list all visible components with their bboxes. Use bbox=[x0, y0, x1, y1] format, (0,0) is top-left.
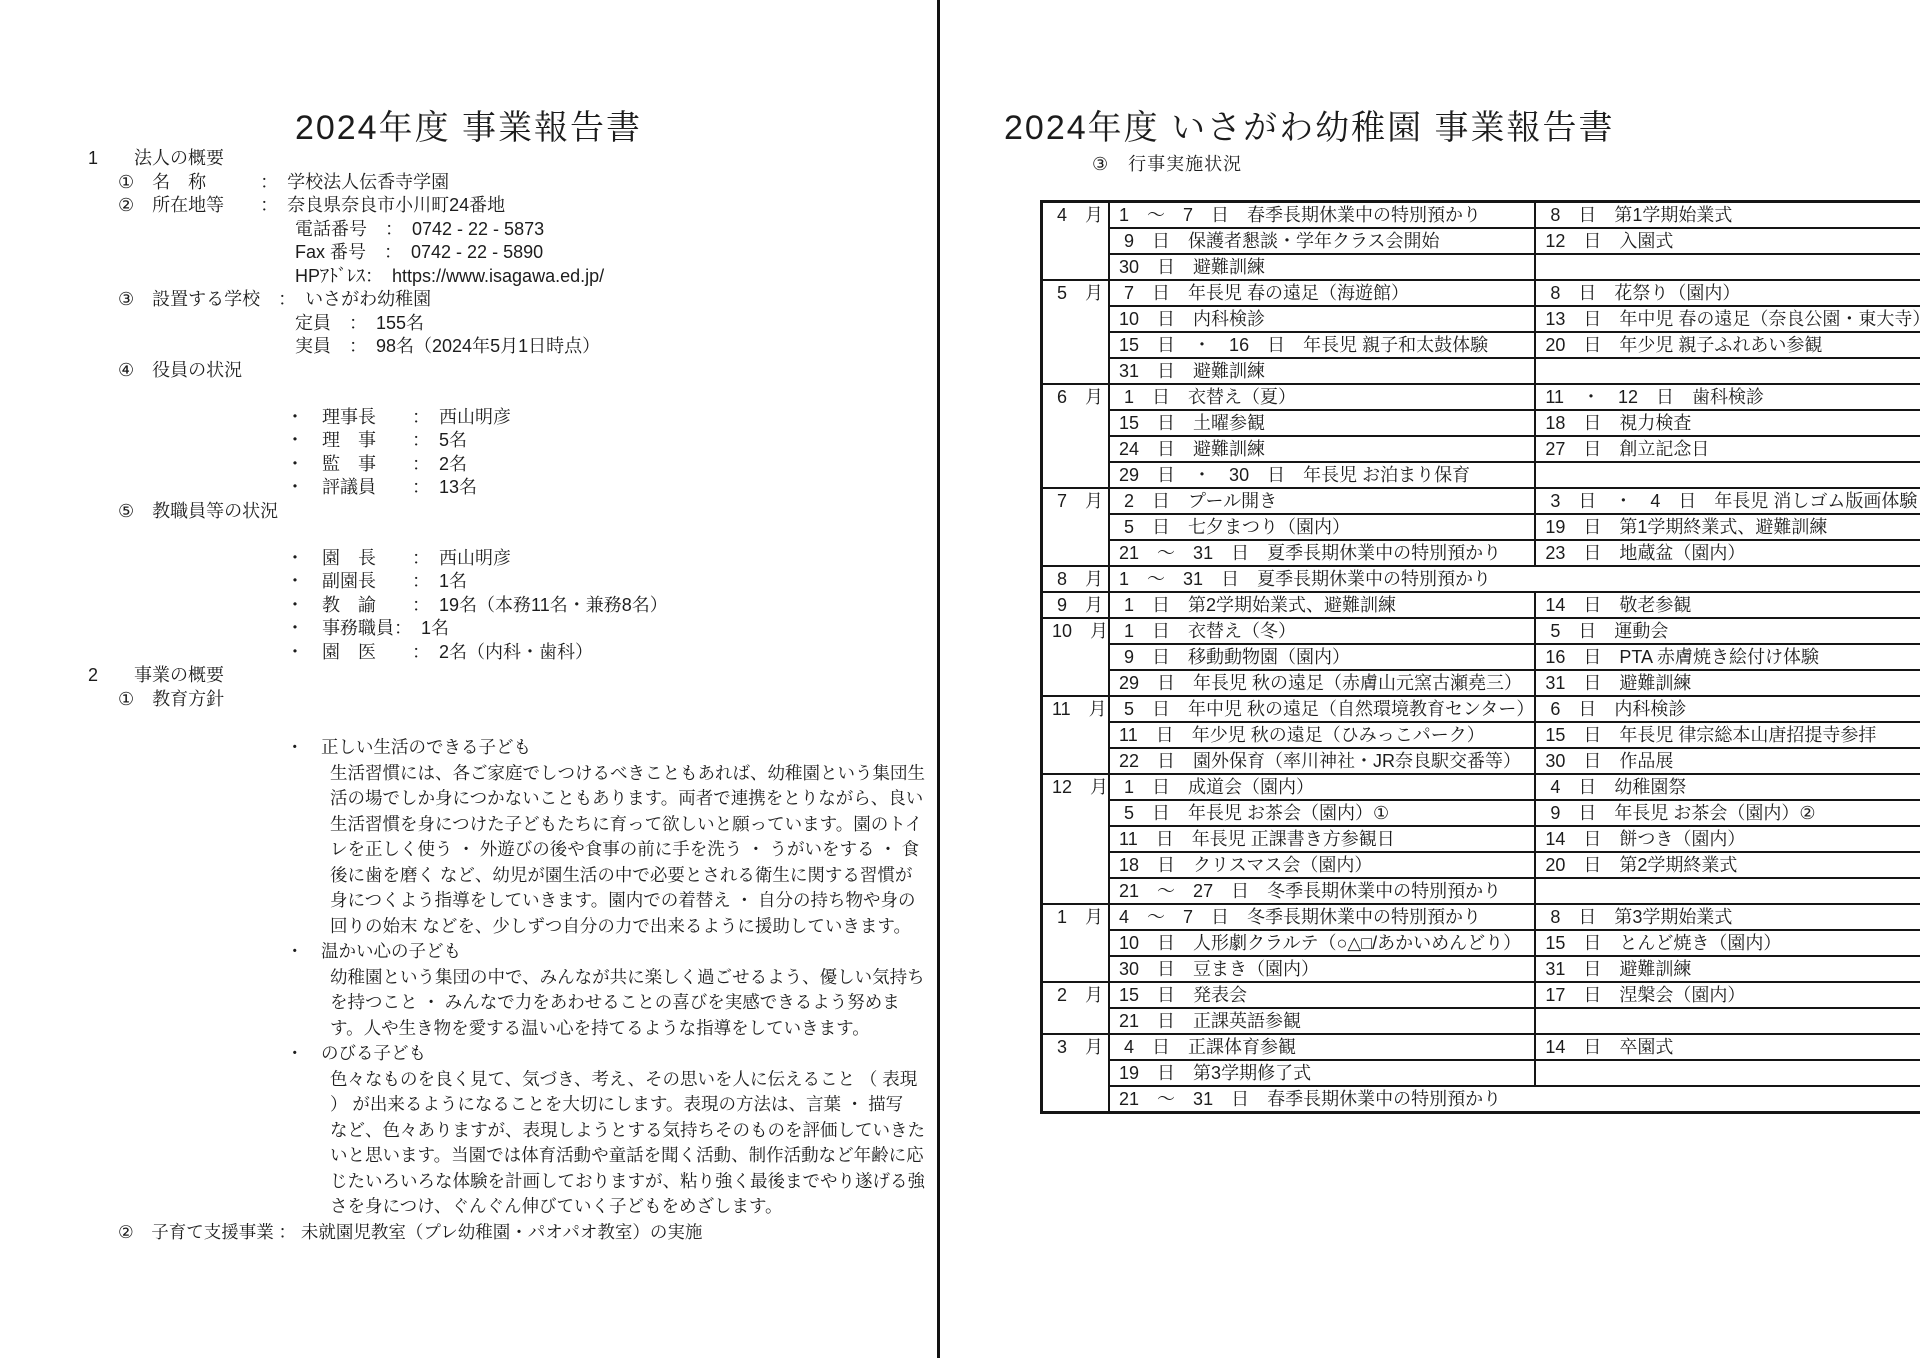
schedule-row: 19 日 第3学期修了式 bbox=[1042, 1060, 1920, 1086]
schedule-row: 5 日 年長児 お茶会（園内）① 9 日 年長児 お茶会（園内）② bbox=[1042, 800, 1920, 826]
text-line: ⑤ 教職員等の状況 bbox=[0, 500, 935, 524]
schedule-month-cell: 12 月 bbox=[1042, 774, 1110, 904]
schedule-row: 11 日 年少児 秋の遠足（ひみっこパーク）15 日 年長児 律宗総本山唐招提寺… bbox=[1042, 722, 1920, 748]
schedule-row: 18 日 クリスマス会（園内）20 日 第2学期終業式 bbox=[1042, 852, 1920, 878]
schedule-cell-right: 20 日 年少児 親子ふれあい参観 bbox=[1535, 332, 1920, 358]
schedule-cell-right: 8 日 第3学期始業式 bbox=[1535, 904, 1920, 930]
schedule-cell-right: 16 日 PTA 赤膚焼き絵付け体験 bbox=[1535, 644, 1920, 670]
schedule-cell-left: 15 日 土曜参観 bbox=[1109, 410, 1535, 436]
schedule-cell-right: 27 日 創立記念日 bbox=[1535, 436, 1920, 462]
page-divider bbox=[937, 0, 940, 1358]
text-line: す。人や生き物を愛する温い心を持てるような指導をしていきます。 bbox=[0, 1016, 935, 1042]
schedule-row: 30 日 豆まき（園内）31 日 避難訓練 bbox=[1042, 956, 1920, 982]
schedule-cell-left: 1 日 衣替え（夏） bbox=[1109, 384, 1535, 410]
text-line: ② 子育て支援事業 ： 未就園児教室（プレ幼稚園・パオパオ教室）の実施 bbox=[0, 1220, 935, 1246]
schedule-cell-right: 14 日 餅つき（園内） bbox=[1535, 826, 1920, 852]
schedule-cell-left: 5 日 七夕まつり（園内） bbox=[1109, 514, 1535, 540]
schedule-row: 10 月 1 日 衣替え（冬） 5 日 運動会 bbox=[1042, 618, 1920, 644]
left-lines-b: ・ 正しい生活のできる子ども生活習慣には、各ご家庭でしつけるべきこともあれば、幼… bbox=[0, 735, 935, 1245]
text-line: ① 名 称 ： 学校法人伝香寺学園 bbox=[0, 171, 935, 195]
schedule-row: 10 日 内科検診13 日 年中児 春の遠足（奈良公園・東大寺） bbox=[1042, 306, 1920, 332]
text-line: 後に歯を磨く など、幼児が園生活の中で必要とされる衛生に関する習慣が bbox=[0, 863, 935, 889]
schedule-cell-left: 31 日 避難訓練 bbox=[1109, 358, 1535, 384]
schedule-cell-right: 9 日 年長児 お茶会（園内）② bbox=[1535, 800, 1920, 826]
schedule-cell-right: 13 日 年中児 春の遠足（奈良公園・東大寺） bbox=[1535, 306, 1920, 332]
schedule-row: 29 日 年長児 秋の遠足（赤膚山元窯古瀬堯三）31 日 避難訓練 bbox=[1042, 670, 1920, 696]
schedule-row: 9 月 1 日 第2学期始業式、避難訓練14 日 敬老参観 bbox=[1042, 592, 1920, 618]
schedule-month-cell: 8 月 bbox=[1042, 566, 1110, 592]
schedule-row: 5 月 7 日 年長児 春の遠足（海遊館） 8 日 花祭り（園内） bbox=[1042, 280, 1920, 306]
schedule-cell-right: 3 日 ・ 4 日 年長児 消しゴム版画体験 bbox=[1535, 488, 1920, 514]
schedule-row: 21 ～ 31 日 春季長期休業中の特別預かり bbox=[1042, 1086, 1920, 1113]
text-line: など、色々ありますが、表現しようとする気持ちそのものを評価していきた bbox=[0, 1118, 935, 1144]
schedule-row: 31 日 避難訓練 bbox=[1042, 358, 1920, 384]
text-line: 身につくよう指導をしていきます。園内での着替え ・ 自分の持ち物や身の bbox=[0, 888, 935, 914]
schedule-cell-left: 9 日 保護者懇談・学年クラス会開始 bbox=[1109, 228, 1535, 254]
schedule-row: 6 月 1 日 衣替え（夏）11 ・ 12 日 歯科検診 bbox=[1042, 384, 1920, 410]
text-line: ・ 温かい心の子ども bbox=[0, 939, 935, 965]
schedule-cell-right: 14 日 卒園式 bbox=[1535, 1034, 1920, 1060]
schedule-row: 30 日 避難訓練 bbox=[1042, 254, 1920, 280]
blank-line bbox=[0, 382, 935, 406]
schedule-row: 21 日 正課英語参観 bbox=[1042, 1008, 1920, 1034]
schedule-month-cell: 7 月 bbox=[1042, 488, 1110, 566]
text-line: ・ 理 事 ： 5名 bbox=[0, 429, 935, 453]
schedule-cell-left: 1 ～ 31 日 夏季長期休業中の特別預かり bbox=[1109, 566, 1920, 592]
schedule-cell-right: 30 日 作品展 bbox=[1535, 748, 1920, 774]
schedule-row: 15 日 ・ 16 日 年長児 親子和太鼓体験20 日 年少児 親子ふれあい参観 bbox=[1042, 332, 1920, 358]
text-line: ） が出来るようになることを大切にします。表現の方法は、言葉 ・ 描写 bbox=[0, 1092, 935, 1118]
text-line: じたいろいろな体験を計画しておりますが、粘り強く最後までやり遂げる強 bbox=[0, 1169, 935, 1195]
text-line: ③ 設置する学校 ： いさがわ幼稚園 bbox=[0, 288, 935, 312]
schedule-cell-right: 18 日 視力検査 bbox=[1535, 410, 1920, 436]
event-schedule-body: 4 月1 ～ 7 日 春季長期休業中の特別預かり 8 日 第1学期始業式 9 日… bbox=[1042, 202, 1920, 1113]
schedule-cell-left: 21 ～ 31 日 春季長期休業中の特別預かり bbox=[1109, 1086, 1920, 1113]
schedule-row: 29 日 ・ 30 日 年長児 お泊まり保育 bbox=[1042, 462, 1920, 488]
text-line: ② 所在地等 ： 奈良県奈良市小川町24番地 bbox=[0, 194, 935, 218]
schedule-cell-right: 5 日 運動会 bbox=[1535, 618, 1920, 644]
schedule-month-cell: 11 月 bbox=[1042, 696, 1110, 774]
right-page-title: 2024年度 いさがわ幼稚園 事業報告書 bbox=[1004, 100, 1615, 149]
schedule-month-cell: 3 月 bbox=[1042, 1034, 1110, 1113]
schedule-cell-left: 1 ～ 7 日 春季長期休業中の特別預かり bbox=[1109, 202, 1535, 229]
schedule-row: 22 日 園外保育（率川神社・JR奈良駅交番等）30 日 作品展 bbox=[1042, 748, 1920, 774]
schedule-cell-left: 7 日 年長児 春の遠足（海遊館） bbox=[1109, 280, 1535, 306]
schedule-cell-left: 11 日 年長児 正課書き方参観日 bbox=[1109, 826, 1535, 852]
schedule-month-cell: 6 月 bbox=[1042, 384, 1110, 488]
schedule-month-cell: 2 月 bbox=[1042, 982, 1110, 1034]
schedule-cell-left: 15 日 発表会 bbox=[1109, 982, 1535, 1008]
schedule-month-cell: 10 月 bbox=[1042, 618, 1110, 696]
schedule-row: 21 ～ 31 日 夏季長期休業中の特別預かり23 日 地蔵盆（園内） bbox=[1042, 540, 1920, 566]
schedule-cell-right: 31 日 避難訓練 bbox=[1535, 956, 1920, 982]
schedule-cell-right: 6 日 内科検診 bbox=[1535, 696, 1920, 722]
schedule-row: 9 日 移動動物園（園内）16 日 PTA 赤膚焼き絵付け体験 bbox=[1042, 644, 1920, 670]
schedule-row: 10 日 人形劇クラルテ（○△□/あかいめんどり）15 日 とんど焼き（園内） bbox=[1042, 930, 1920, 956]
text-line: Fax 番号 ： 0742 - 22 - 5890 bbox=[0, 241, 935, 265]
text-line: ・ のびる子ども bbox=[0, 1041, 935, 1067]
schedule-cell-left: 30 日 避難訓練 bbox=[1109, 254, 1535, 280]
text-line: 幼稚園という集団の中で、みんなが共に楽しく過ごせるよう、優しい気持ち bbox=[0, 965, 935, 991]
blank-line bbox=[0, 523, 935, 547]
schedule-cell-left: 29 日 ・ 30 日 年長児 お泊まり保育 bbox=[1109, 462, 1535, 488]
schedule-cell-left: 18 日 クリスマス会（園内） bbox=[1109, 852, 1535, 878]
schedule-row: 2 月15 日 発表会17 日 涅槃会（園内） bbox=[1042, 982, 1920, 1008]
text-line: 生活習慣を身につけた子どもたちに育って欲しいと願っています。園のトイ bbox=[0, 812, 935, 838]
text-line: ・ 正しい生活のできる子ども bbox=[0, 735, 935, 761]
text-line: 1 法人の概要 bbox=[0, 147, 935, 171]
text-line: 活の場でしか身につかないこともあります。両者で連携をとりながら、良い bbox=[0, 786, 935, 812]
schedule-cell-left: 30 日 豆まき（園内） bbox=[1109, 956, 1535, 982]
schedule-cell-right: 15 日 とんど焼き（園内） bbox=[1535, 930, 1920, 956]
schedule-cell-right: 4 日 幼稚園祭 bbox=[1535, 774, 1920, 800]
text-line: HPｱﾄﾞﾚｽ： https://www.isagawa.ed.jp/ bbox=[0, 265, 935, 289]
schedule-row: 21 ～ 27 日 冬季長期休業中の特別預かり bbox=[1042, 878, 1920, 904]
schedule-cell-right: 31 日 避難訓練 bbox=[1535, 670, 1920, 696]
schedule-cell-right bbox=[1535, 254, 1920, 280]
event-schedule-table: 4 月1 ～ 7 日 春季長期休業中の特別預かり 8 日 第1学期始業式 9 日… bbox=[1040, 200, 1920, 1114]
schedule-cell-left: 24 日 避難訓練 bbox=[1109, 436, 1535, 462]
schedule-row: 15 日 土曜参観18 日 視力検査 bbox=[1042, 410, 1920, 436]
text-line: 2 事業の概要 bbox=[0, 664, 935, 688]
text-line: ・ 園 長 ： 西山明彦 bbox=[0, 547, 935, 571]
text-line: さを身につけ、ぐんぐん伸びていく子どもをめざします。 bbox=[0, 1194, 935, 1220]
schedule-row: 4 月1 ～ 7 日 春季長期休業中の特別預かり 8 日 第1学期始業式 bbox=[1042, 202, 1920, 229]
schedule-cell-right: 8 日 第1学期始業式 bbox=[1535, 202, 1920, 229]
schedule-cell-right: 20 日 第2学期終業式 bbox=[1535, 852, 1920, 878]
schedule-cell-right bbox=[1535, 1060, 1920, 1086]
schedule-row: 9 日 保護者懇談・学年クラス会開始12 日 入園式 bbox=[1042, 228, 1920, 254]
schedule-cell-left: 4 ～ 7 日 冬季長期休業中の特別預かり bbox=[1109, 904, 1535, 930]
text-line: 色々なものを良く見て、気づき、考え、その思いを人に伝えること （ 表現 bbox=[0, 1067, 935, 1093]
schedule-cell-left: 21 ～ 27 日 冬季長期休業中の特別預かり bbox=[1109, 878, 1535, 904]
text-line: 定員 ： 155名 bbox=[0, 312, 935, 336]
schedule-row: 8 月1 ～ 31 日 夏季長期休業中の特別預かり bbox=[1042, 566, 1920, 592]
schedule-cell-right: 19 日 第1学期終業式、避難訓練 bbox=[1535, 514, 1920, 540]
schedule-cell-right bbox=[1535, 878, 1920, 904]
schedule-row: 7 月 2 日 プール開き 3 日 ・ 4 日 年長児 消しゴム版画体験 bbox=[1042, 488, 1920, 514]
schedule-cell-left: 22 日 園外保育（率川神社・JR奈良駅交番等） bbox=[1109, 748, 1535, 774]
schedule-cell-right: 11 ・ 12 日 歯科検診 bbox=[1535, 384, 1920, 410]
schedule-month-cell: 1 月 bbox=[1042, 904, 1110, 982]
text-line: を持つこと ・ みんなで力をあわせることの喜びを実感できるよう努めま bbox=[0, 990, 935, 1016]
text-line: 実員 ： 98名（2024年5月1日時点） bbox=[0, 335, 935, 359]
schedule-row: 5 日 七夕まつり（園内）19 日 第1学期終業式、避難訓練 bbox=[1042, 514, 1920, 540]
schedule-cell-right bbox=[1535, 462, 1920, 488]
schedule-row: 12 月 1 日 成道会（園内） 4 日 幼稚園祭 bbox=[1042, 774, 1920, 800]
text-line: いと思います。当園では体育活動や童話を聞く活動、制作活動など年齢に応 bbox=[0, 1143, 935, 1169]
schedule-cell-left: 1 日 第2学期始業式、避難訓練 bbox=[1109, 592, 1535, 618]
schedule-cell-left: 29 日 年長児 秋の遠足（赤膚山元窯古瀬堯三） bbox=[1109, 670, 1535, 696]
schedule-row: 24 日 避難訓練27 日 創立記念日 bbox=[1042, 436, 1920, 462]
schedule-cell-right bbox=[1535, 1008, 1920, 1034]
text-line: ・ 教 諭 ： 19名（本務11名・兼務8名） bbox=[0, 594, 935, 618]
schedule-cell-right: 17 日 涅槃会（園内） bbox=[1535, 982, 1920, 1008]
schedule-cell-left: 5 日 年長児 お茶会（園内）① bbox=[1109, 800, 1535, 826]
text-line: ・ 副園長 ： 1名 bbox=[0, 570, 935, 594]
schedule-cell-left: 9 日 移動動物園（園内） bbox=[1109, 644, 1535, 670]
text-line: ・ 園 医 ： 2名（内科・歯科） bbox=[0, 641, 935, 665]
schedule-cell-left: 2 日 プール開き bbox=[1109, 488, 1535, 514]
left-page-title: 2024年度 事業報告書 bbox=[0, 100, 937, 149]
schedule-cell-left: 21 ～ 31 日 夏季長期休業中の特別預かり bbox=[1109, 540, 1535, 566]
schedule-cell-right: 14 日 敬老参観 bbox=[1535, 592, 1920, 618]
text-line: ④ 役員の状況 bbox=[0, 359, 935, 383]
text-line: ・ 評議員 ： 13名 bbox=[0, 476, 935, 500]
schedule-cell-right bbox=[1535, 358, 1920, 384]
schedule-cell-left: 5 日 年中児 秋の遠足（自然環境教育センター） bbox=[1109, 696, 1535, 722]
blank-line bbox=[0, 711, 935, 735]
text-line: ・ 監 事 ： 2名 bbox=[0, 453, 935, 477]
schedule-cell-left: 15 日 ・ 16 日 年長児 親子和太鼓体験 bbox=[1109, 332, 1535, 358]
schedule-cell-right: 8 日 花祭り（園内） bbox=[1535, 280, 1920, 306]
text-line: 生活習慣には、各ご家庭でしつけるべきこともあれば、幼稚園という集団生 bbox=[0, 761, 935, 787]
schedule-cell-right: 23 日 地蔵盆（園内） bbox=[1535, 540, 1920, 566]
schedule-row: 11 月 5 日 年中児 秋の遠足（自然環境教育センター） 6 日 内科検診 bbox=[1042, 696, 1920, 722]
schedule-cell-left: 19 日 第3学期修了式 bbox=[1109, 1060, 1535, 1086]
text-line: 回りの始末 などを、少しずつ自分の力で出来るように援助していきます。 bbox=[0, 914, 935, 940]
scanned-report-sheet: 2024年度 事業報告書 1 法人の概要① 名 称 ： 学校法人伝香寺学園② 所… bbox=[0, 0, 1920, 1358]
events-section-label: ③ 行事実施状況 bbox=[1092, 150, 1242, 176]
schedule-month-cell: 9 月 bbox=[1042, 592, 1110, 618]
schedule-cell-left: 11 日 年少児 秋の遠足（ひみっこパーク） bbox=[1109, 722, 1535, 748]
schedule-cell-left: 10 日 内科検診 bbox=[1109, 306, 1535, 332]
schedule-month-cell: 4 月 bbox=[1042, 202, 1110, 281]
schedule-cell-left: 4 日 正課体育参観 bbox=[1109, 1034, 1535, 1060]
schedule-cell-right: 12 日 入園式 bbox=[1535, 228, 1920, 254]
schedule-cell-left: 1 日 衣替え（冬） bbox=[1109, 618, 1535, 644]
schedule-row: 3 月 4 日 正課体育参観14 日 卒園式 bbox=[1042, 1034, 1920, 1060]
schedule-row: 1 月4 ～ 7 日 冬季長期休業中の特別預かり 8 日 第3学期始業式 bbox=[1042, 904, 1920, 930]
schedule-cell-right: 15 日 年長児 律宗総本山唐招提寺参拝 bbox=[1535, 722, 1920, 748]
schedule-cell-left: 1 日 成道会（園内） bbox=[1109, 774, 1535, 800]
schedule-cell-left: 10 日 人形劇クラルテ（○△□/あかいめんどり） bbox=[1109, 930, 1535, 956]
text-line: ・ 理事長 ： 西山明彦 bbox=[0, 406, 935, 430]
schedule-cell-left: 21 日 正課英語参観 bbox=[1109, 1008, 1535, 1034]
text-line: ① 教育方針 bbox=[0, 688, 935, 712]
left-lines-a: 1 法人の概要① 名 称 ： 学校法人伝香寺学園② 所在地等 ： 奈良県奈良市小… bbox=[0, 147, 935, 735]
text-line: 電話番号 ： 0742 - 22 - 5873 bbox=[0, 218, 935, 242]
schedule-row: 11 日 年長児 正課書き方参観日14 日 餅つき（園内） bbox=[1042, 826, 1920, 852]
text-line: レを正しく使う ・ 外遊びの後や食事の前に手を洗う ・ うがいをする ・ 食 bbox=[0, 837, 935, 863]
text-line: ・ 事務職員： 1名 bbox=[0, 617, 935, 641]
schedule-month-cell: 5 月 bbox=[1042, 280, 1110, 384]
